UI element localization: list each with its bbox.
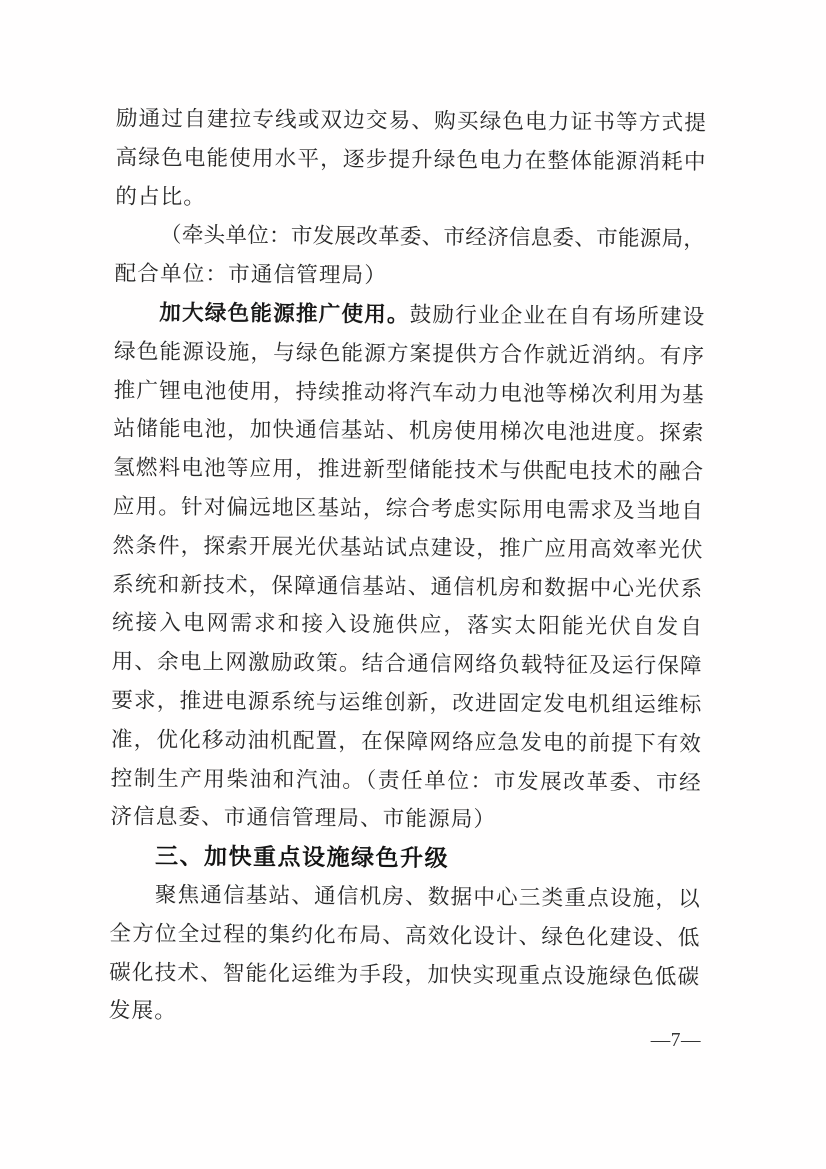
text-line: 配合单位：市通信管理局） — [114, 255, 704, 298]
text-line: 全方位全过程的集约化布局、高效化设计、绿色化建设、低 — [109, 914, 699, 957]
section-heading: 三、加快重点设施绿色升级 — [110, 836, 700, 879]
text-line: 准，优化移动油机配置，在保障网络应急发电的前提下有效 — [111, 720, 701, 763]
text-line: 碳化技术、智能化运维为手段，加快实现重点设施绿色低碳 — [109, 953, 699, 996]
text-block: 励通过自建拉专线或双边交易、购买绿色电力证书等方式提高绿色电能使用水平，逐步提升… — [109, 99, 706, 1035]
text-line: 站储能电池，加快通信基站、机房使用梯次电池进度。探索 — [113, 410, 703, 453]
text-line: 绿色能源设施，与绿色能源方案提供方合作就近消纳。有序 — [114, 332, 704, 375]
text-line: 高绿色电能使用水平，逐步提升绿色电力在整体能源消耗中 — [115, 138, 705, 181]
text-line: 然条件，探索开展光伏基站试点建设，推广应用高效率光伏 — [112, 526, 702, 569]
paragraph-lead: 加大绿色能源推广使用。 — [159, 301, 409, 327]
text-line: 要求，推进电源系统与运维创新，改进固定发电机组运维标 — [111, 681, 701, 724]
text-line: 的占比。 — [115, 177, 705, 220]
text-line: 加大绿色能源推广使用。鼓励行业企业在自有场所建设 — [114, 293, 704, 336]
text-line: （牵头单位：市发展改革委、市经济信息委、市能源局， — [115, 216, 705, 259]
document-page: 励通过自建拉专线或双边交易、购买绿色电力证书等方式提高绿色电能使用水平，逐步提升… — [0, 0, 826, 1169]
text-line: 用、余电上网激励政策。结合通信网络负载特征及运行保障 — [111, 643, 701, 686]
text-line: 聚焦通信基站、通信机房、数据中心三类重点设施，以 — [110, 875, 700, 918]
text-line: 励通过自建拉专线或双边交易、购买绿色电力证书等方式提 — [116, 99, 706, 142]
text-line: 济信息委、市通信管理局、市能源局） — [110, 798, 700, 841]
text-line: 氢燃料电池等应用，推进新型储能技术与供配电技术的融合 — [113, 449, 703, 492]
text-line: 控制生产用柴油和汽油。（责任单位：市发展改革委、市经 — [111, 759, 701, 802]
text-line: 统接入电网需求和接入设施供应，落实太阳能光伏自发自 — [112, 604, 702, 647]
text-line: 应用。针对偏远地区基站，综合考虑实际用电需求及当地自 — [113, 487, 703, 530]
page-number: —7— — [116, 1026, 701, 1056]
text-line: 系统和新技术，保障通信基站、通信机房和数据中心光伏系 — [112, 565, 702, 608]
text-line: 推广锂电池使用，持续推动将汽车动力电池等梯次利用为基 — [114, 371, 704, 414]
